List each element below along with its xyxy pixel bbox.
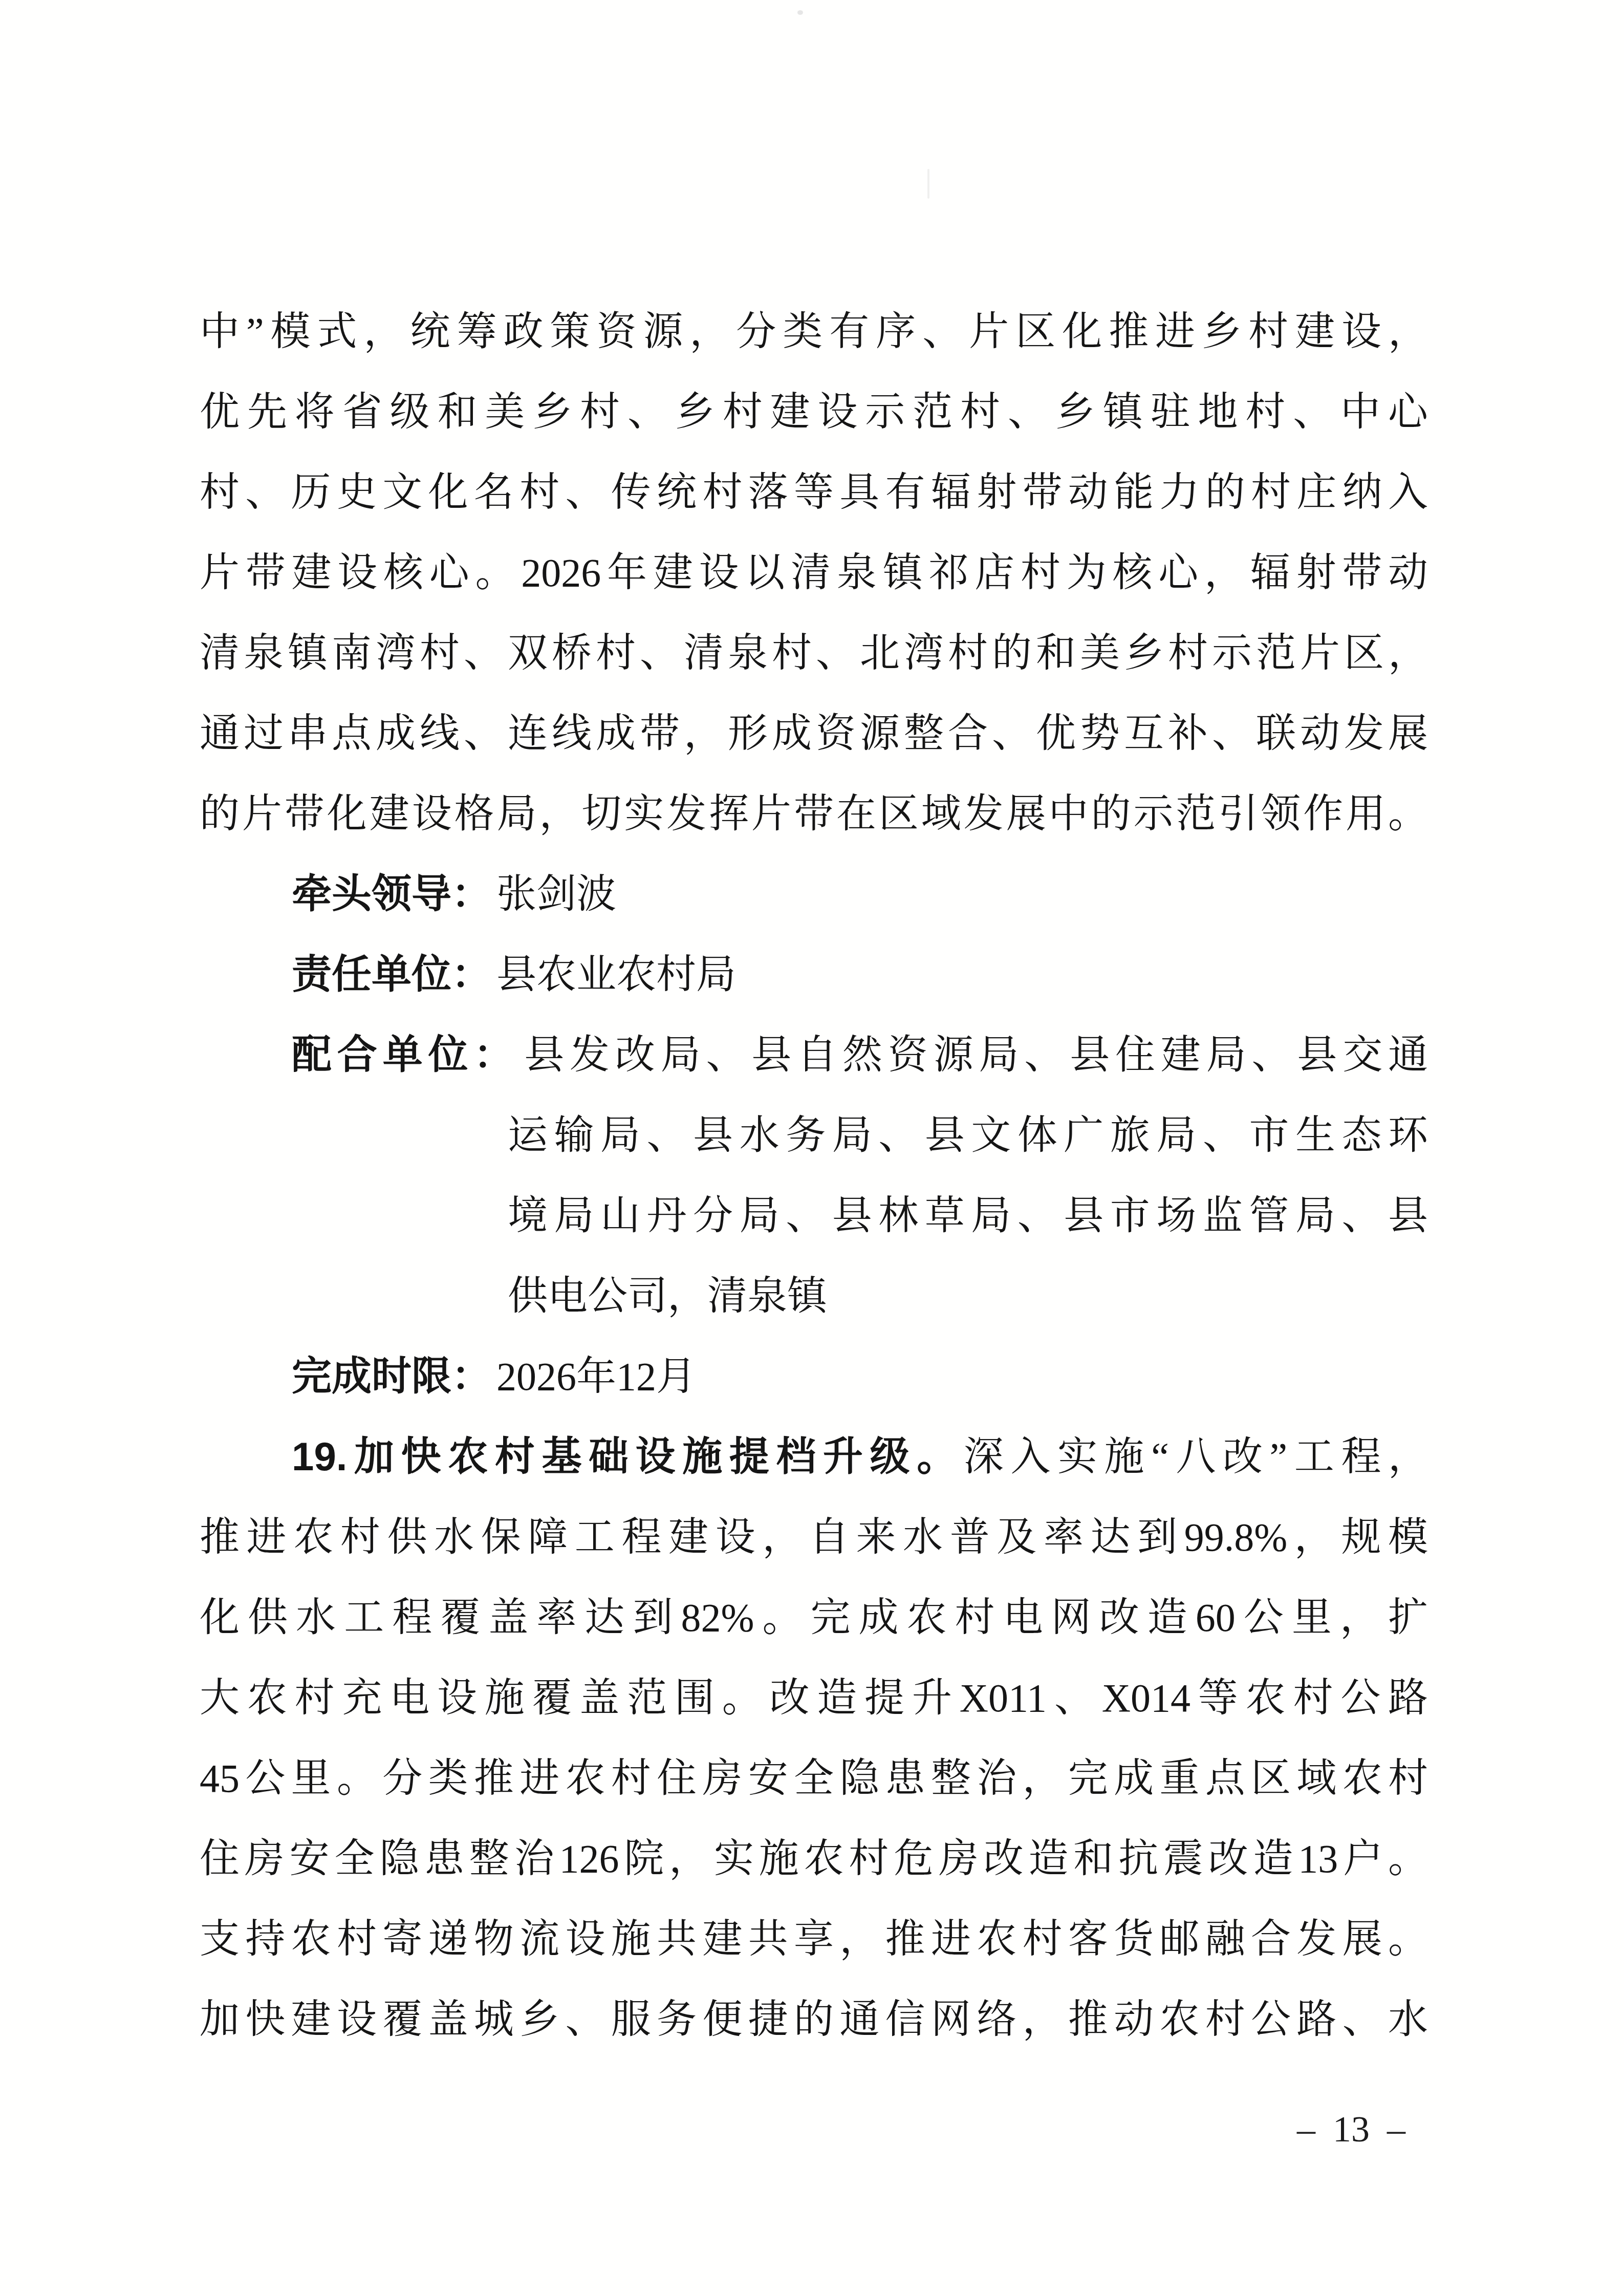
item19-body-line-3: 大农村充电设施覆盖范围。改造提升X011、X014等农村公路 [200, 1658, 1428, 1738]
responsible-unit-value: 县农业农村局 [496, 952, 736, 997]
lead-leader-row: 牵头领导：张剑波 [200, 854, 1428, 934]
deadline-value: 2026年12月 [496, 1354, 696, 1399]
page-number: – 13 – [1228, 2108, 1474, 2151]
item19-body-line-7: 加快建设覆盖城乡、服务便捷的通信网络，推动农村公路、水 [200, 1979, 1428, 2059]
scanned-document-page: 中”模式，统筹政策资源，分类有序、片区化推进乡村建设， 优先将省级和美乡村、乡村… [0, 0, 1624, 2296]
para1-line-5: 清泉镇南湾村、双桥村、清泉村、北湾村的和美乡村示范片区， [200, 613, 1428, 693]
lead-leader-value: 张剑波 [496, 872, 616, 916]
para1-line-2: 优先将省级和美乡村、乡村建设示范村、乡镇驻地村、中心 [200, 372, 1428, 452]
deadline-row: 完成时限：2026年12月 [200, 1336, 1428, 1417]
para1-line-6: 通过串点成线、连线成带，形成资源整合、优势互补、联动发展 [200, 693, 1428, 774]
cooperating-units-row: 配合单位：县发改局、县自然资源局、县住建局、县交通 [200, 1015, 1428, 1095]
cooperating-units-value-line-1: 县发改局、县自然资源局、县住建局、县交通 [524, 1033, 1428, 1077]
cooperating-units-value-line-3: 境局山丹分局、县林草局、县市场监管局、县 [200, 1175, 1428, 1256]
responsible-unit-row: 责任单位：县农业农村局 [200, 934, 1428, 1015]
scan-artifact-tick [927, 169, 929, 199]
item19-body-line-6: 支持农村寄递物流设施共建共享，推进农村客货邮融合发展。 [200, 1899, 1428, 1979]
item19-opening-text: 深入实施“八改”工程， [964, 1434, 1428, 1479]
para1-line-1: 中”模式，统筹政策资源，分类有序、片区化推进乡村建设， [200, 291, 1428, 372]
para1-line-4: 片带建设核心。2026年建设以清泉镇祁店村为核心，辐射带动 [200, 532, 1428, 613]
para1-line-3: 村、历史文化名村、传统村落等具有辐射带动能力的村庄纳入 [200, 452, 1428, 532]
cooperating-units-value-line-4: 供电公司，清泉镇 [200, 1256, 1428, 1336]
scan-artifact-dot [797, 10, 803, 15]
deadline-label: 完成时限： [292, 1354, 491, 1399]
item19-body-line-4: 45公里。分类推进农村住房安全隐患整治，完成重点区域农村 [200, 1738, 1428, 1818]
item19-heading-row: 19.加快农村基础设施提档升级。深入实施“八改”工程， [200, 1417, 1428, 1497]
item19-body-line-2: 化供水工程覆盖率达到82%。完成农村电网改造60公里，扩 [200, 1577, 1428, 1658]
item19-body-line-1: 推进农村供水保障工程建设，自来水普及率达到99.8%，规模 [200, 1497, 1428, 1577]
item19-heading: 19.加快农村基础设施提档升级。 [292, 1434, 964, 1479]
cooperating-units-value-line-2: 运输局、县水务局、县文体广旅局、市生态环 [200, 1095, 1428, 1175]
cooperating-units-label: 配合单位： [292, 1032, 519, 1077]
para1-line-7: 的片带化建设格局，切实发挥片带在区域发展中的示范引领作用。 [200, 774, 1428, 854]
document-body: 中”模式，统筹政策资源，分类有序、片区化推进乡村建设， 优先将省级和美乡村、乡村… [200, 291, 1428, 2059]
responsible-unit-label: 责任单位： [292, 952, 491, 997]
item19-body-line-5: 住房安全隐患整治126院，实施农村危房改造和抗震改造13户。 [200, 1818, 1428, 1899]
lead-leader-label: 牵头领导： [292, 871, 491, 916]
